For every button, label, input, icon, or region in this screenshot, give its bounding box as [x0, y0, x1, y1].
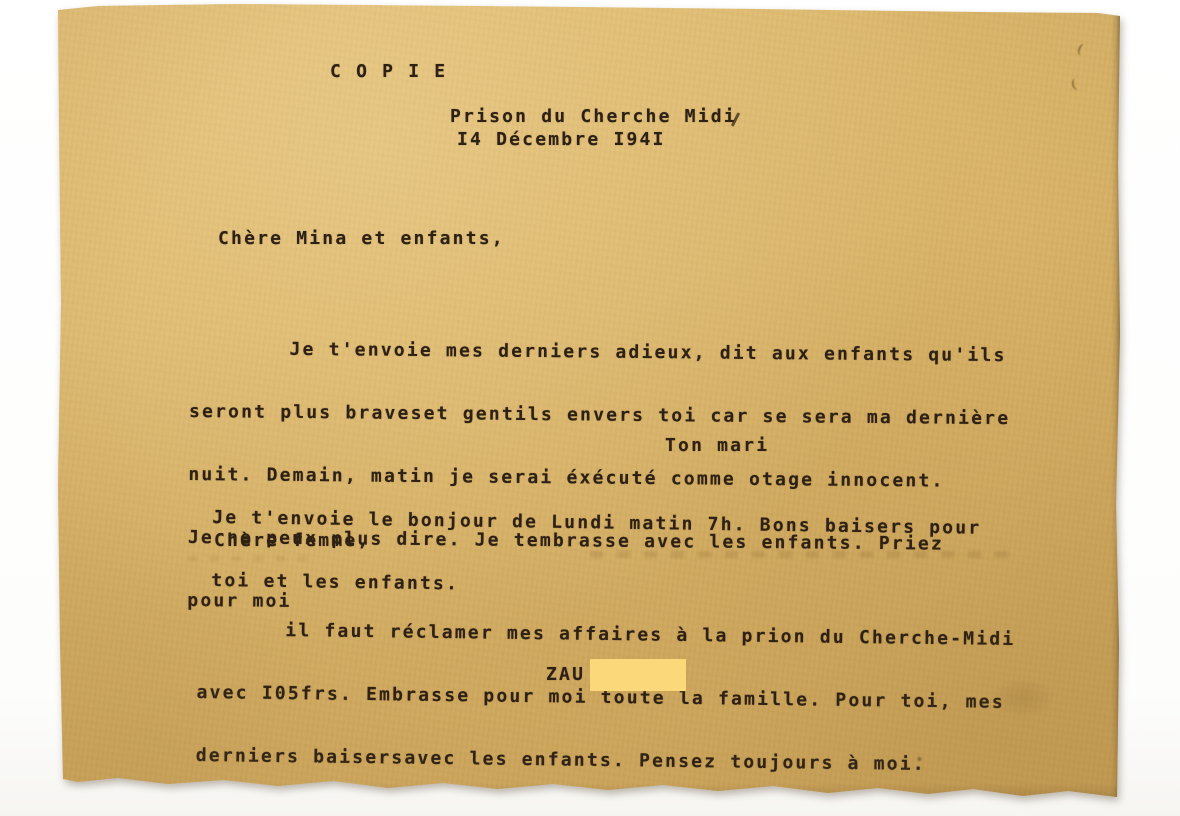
body-line: seront plus braveset gentils envers toi …: [189, 401, 1010, 429]
scan-background: C O P I E Prison du Cherche Midi I4 Déce…: [0, 0, 1180, 816]
signoff: Ton mari: [665, 435, 769, 456]
paper-tear-mark: [1071, 77, 1082, 91]
body-line: Je t'envoie mes derniers adieux, dit aux…: [189, 338, 1010, 366]
bleed-through-text: [188, 556, 308, 561]
signature: ZAU: [546, 664, 585, 685]
letterhead-date: I4 Décembre I94I: [457, 129, 666, 150]
redaction-block: [590, 659, 686, 691]
bleed-through-text: [590, 551, 1014, 558]
body-line: il faut réclamer mes affaires à la prion…: [197, 619, 1015, 650]
paper-speck: [916, 756, 923, 762]
copy-label: C O P I E: [330, 61, 447, 82]
letter-paper-wrap: C O P I E Prison du Cherche Midi I4 Déce…: [58, 4, 1120, 797]
body-paragraph-2: il faut réclamer mes affaires à la prion…: [195, 577, 1016, 816]
letter-paper: C O P I E Prison du Cherche Midi I4 Déce…: [58, 4, 1120, 797]
letterhead-location: Prison du Cherche Midi: [450, 106, 737, 127]
salutation-2: Chère femme,: [214, 530, 370, 551]
salutation: Chère Mina et enfants,: [218, 228, 505, 249]
body-line: derniers baisersavec les enfants. Pensez…: [196, 745, 1014, 776]
paper-crease: [988, 676, 1058, 720]
paper-tear-mark: [1076, 43, 1088, 57]
